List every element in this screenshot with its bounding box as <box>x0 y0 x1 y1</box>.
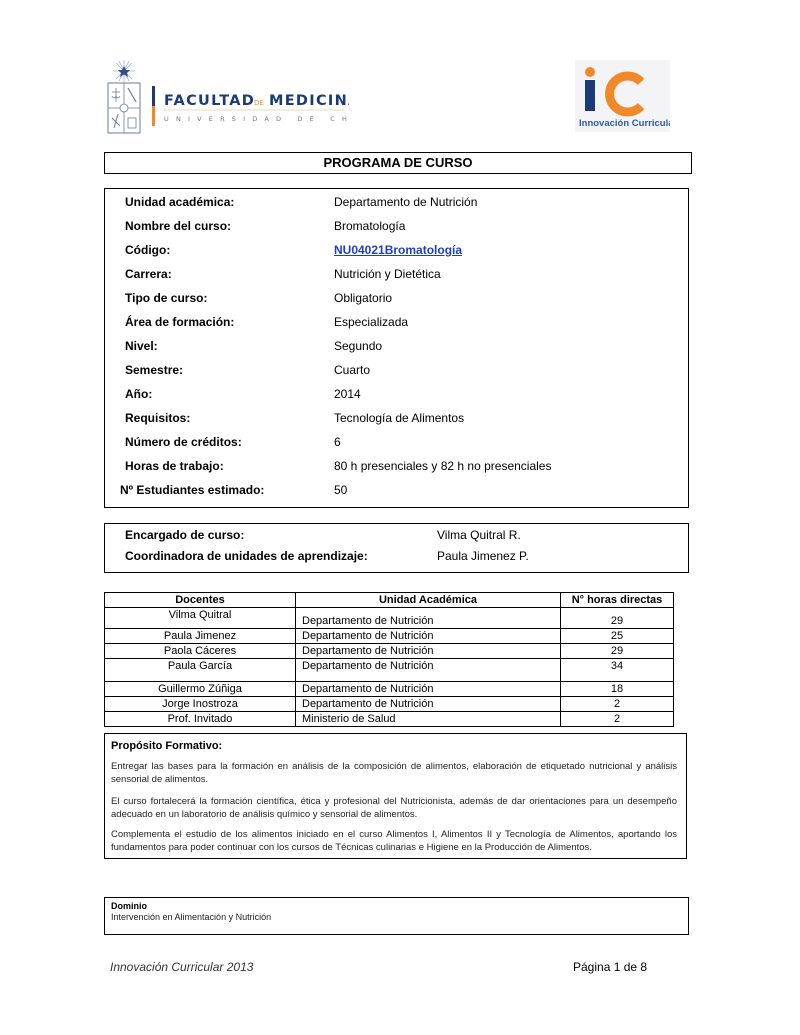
info-value: 2014 <box>334 384 361 404</box>
domain-value: Intervención en Alimentación y Nutrición <box>111 912 271 922</box>
teacher-name: Prof. Invitado <box>105 712 296 727</box>
staff-value: Vilma Quitral R. <box>437 526 521 544</box>
info-value: 80 h presenciales y 82 h no presenciales <box>334 456 551 476</box>
info-row: Año:2014 <box>105 384 688 404</box>
teacher-unit: Departamento de Nutrición <box>296 682 561 697</box>
svg-text:DE: DE <box>254 99 264 107</box>
teacher-name: Vilma Quitral <box>105 608 296 629</box>
staff-box: Encargado de curso:Vilma Quitral R.Coord… <box>104 523 689 573</box>
teacher-hours: 34 <box>561 659 674 682</box>
ic-logo: Innovación Curricular <box>575 60 670 132</box>
page-title: PROGRAMA DE CURSO <box>104 152 692 174</box>
info-row: Nombre del curso:Bromatología <box>105 216 688 236</box>
table-row: Paula JimenezDepartamento de Nutrición25 <box>105 629 674 644</box>
domain-title: Dominio <box>111 901 147 911</box>
teacher-unit: Departamento de Nutrición <box>296 659 561 682</box>
purpose-title: Propósito Formativo: <box>111 740 222 753</box>
teacher-unit: Ministerio de Salud <box>296 712 561 727</box>
info-row: Semestre:Cuarto <box>105 360 688 380</box>
course-info-box: Unidad académica:Departamento de Nutrici… <box>104 188 689 508</box>
info-value: Nutrición y Dietética <box>334 264 441 284</box>
info-value: Segundo <box>334 336 382 356</box>
column-header-docentes: Docentes <box>105 593 296 608</box>
purpose-paragraph: Complementa el estudio de los alimentos … <box>111 828 677 854</box>
info-row: Requisitos:Tecnología de Alimentos <box>105 408 688 428</box>
table-row: Vilma QuitralDepartamento de Nutrición29 <box>105 608 674 629</box>
svg-text:MEDICINA: MEDICINA <box>269 93 349 109</box>
info-label: Nombre del curso: <box>125 216 231 236</box>
info-row: Tipo de curso:Obligatorio <box>105 288 688 308</box>
teacher-unit: Departamento de Nutrición <box>296 629 561 644</box>
teacher-unit: Departamento de Nutrición <box>296 644 561 659</box>
teacher-unit: Departamento de Nutrición <box>296 697 561 712</box>
info-label: Área de formación: <box>125 312 234 332</box>
info-label: Año: <box>125 384 152 404</box>
info-value: Bromatología <box>334 216 405 236</box>
teacher-name: Guillermo Zúñiga <box>105 682 296 697</box>
table-row: Paola CáceresDepartamento de Nutrición29 <box>105 644 674 659</box>
info-value: Tecnología de Alimentos <box>334 408 464 428</box>
info-label: Nivel: <box>125 336 158 356</box>
teacher-name: Jorge Inostroza <box>105 697 296 712</box>
teacher-hours: 29 <box>561 608 674 629</box>
info-label: Semestre: <box>125 360 183 380</box>
domain-box: Dominio Intervención en Alimentación y N… <box>104 897 689 935</box>
column-header-unidad: Unidad Académica <box>296 593 561 608</box>
staff-label: Coordinadora de unidades de aprendizaje: <box>125 547 368 565</box>
info-label: Tipo de curso: <box>125 288 207 308</box>
column-header-horas: N° horas directas <box>561 593 674 608</box>
table-header-row: Docentes Unidad Académica N° horas direc… <box>105 593 674 608</box>
info-row: Horas de trabajo:80 h presenciales y 82 … <box>105 456 688 476</box>
info-label: Nº Estudiantes estimado: <box>120 480 264 500</box>
table-row: Guillermo ZúñigaDepartamento de Nutrició… <box>105 682 674 697</box>
info-value: Especializada <box>334 312 408 332</box>
info-value: NU04021Bromatología <box>334 240 462 260</box>
info-label: Carrera: <box>125 264 172 284</box>
info-row: Área de formación:Especializada <box>105 312 688 332</box>
teacher-hours: 18 <box>561 682 674 697</box>
info-label: Unidad académica: <box>125 192 234 212</box>
svg-text:FACULTAD: FACULTAD <box>164 93 255 109</box>
info-row: Unidad académica:Departamento de Nutrici… <box>105 192 688 212</box>
teachers-table: Docentes Unidad Académica N° horas direc… <box>104 592 674 727</box>
staff-label: Encargado de curso: <box>125 526 244 544</box>
teacher-hours: 29 <box>561 644 674 659</box>
info-value: Departamento de Nutrición <box>334 192 477 212</box>
info-row: Nº Estudiantes estimado:50 <box>105 480 688 500</box>
info-row: Número de créditos:6 <box>105 432 688 452</box>
teacher-hours: 2 <box>561 697 674 712</box>
teacher-name: Paula Jimenez <box>105 629 296 644</box>
info-label: Código: <box>125 240 170 260</box>
svg-text:UNIVERSIDAD DE CHILE: UNIVERSIDAD DE CHILE <box>164 115 349 123</box>
page-number: Página 1 de 8 <box>573 960 647 974</box>
purpose-box: Propósito Formativo: Entregar las bases … <box>104 733 687 859</box>
info-row: Carrera:Nutrición y Dietética <box>105 264 688 284</box>
footer-left: Innovación Curricular 2013 <box>110 960 253 974</box>
purpose-paragraph: El curso fortalecerá la formación cientí… <box>111 795 677 821</box>
table-row: Prof. InvitadoMinisterio de Salud2 <box>105 712 674 727</box>
teacher-unit: Departamento de Nutrición <box>296 608 561 629</box>
teacher-name: Paula García <box>105 659 296 682</box>
teacher-name: Paola Cáceres <box>105 644 296 659</box>
ic-logo-icon: Innovación Curricular <box>575 60 670 132</box>
info-value: Obligatorio <box>334 288 392 308</box>
info-value: 50 <box>334 480 347 500</box>
info-label: Número de créditos: <box>125 432 242 452</box>
info-row: Nivel:Segundo <box>105 336 688 356</box>
teacher-hours: 25 <box>561 629 674 644</box>
teacher-hours: 2 <box>561 712 674 727</box>
info-value: Cuarto <box>334 360 370 380</box>
info-label: Horas de trabajo: <box>125 456 224 476</box>
course-code-link[interactable]: NU04021Bromatología <box>334 243 462 257</box>
table-row: Paula GarcíaDepartamento de Nutrición34 <box>105 659 674 682</box>
staff-value: Paula Jimenez P. <box>437 547 529 565</box>
university-crest-icon: FACULTAD DE MEDICINA UNIVERSIDAD DE CHIL… <box>104 58 349 138</box>
faculty-logo: FACULTAD DE MEDICINA UNIVERSIDAD DE CHIL… <box>104 58 349 138</box>
table-row: Jorge InostrozaDepartamento de Nutrición… <box>105 697 674 712</box>
info-value: 6 <box>334 432 341 452</box>
svg-text:Innovación Curricular: Innovación Curricular <box>579 118 670 129</box>
info-label: Requisitos: <box>125 408 190 428</box>
purpose-paragraph: Entregar las bases para la formación en … <box>111 760 677 786</box>
info-row: Código:NU04021Bromatología <box>105 240 688 260</box>
